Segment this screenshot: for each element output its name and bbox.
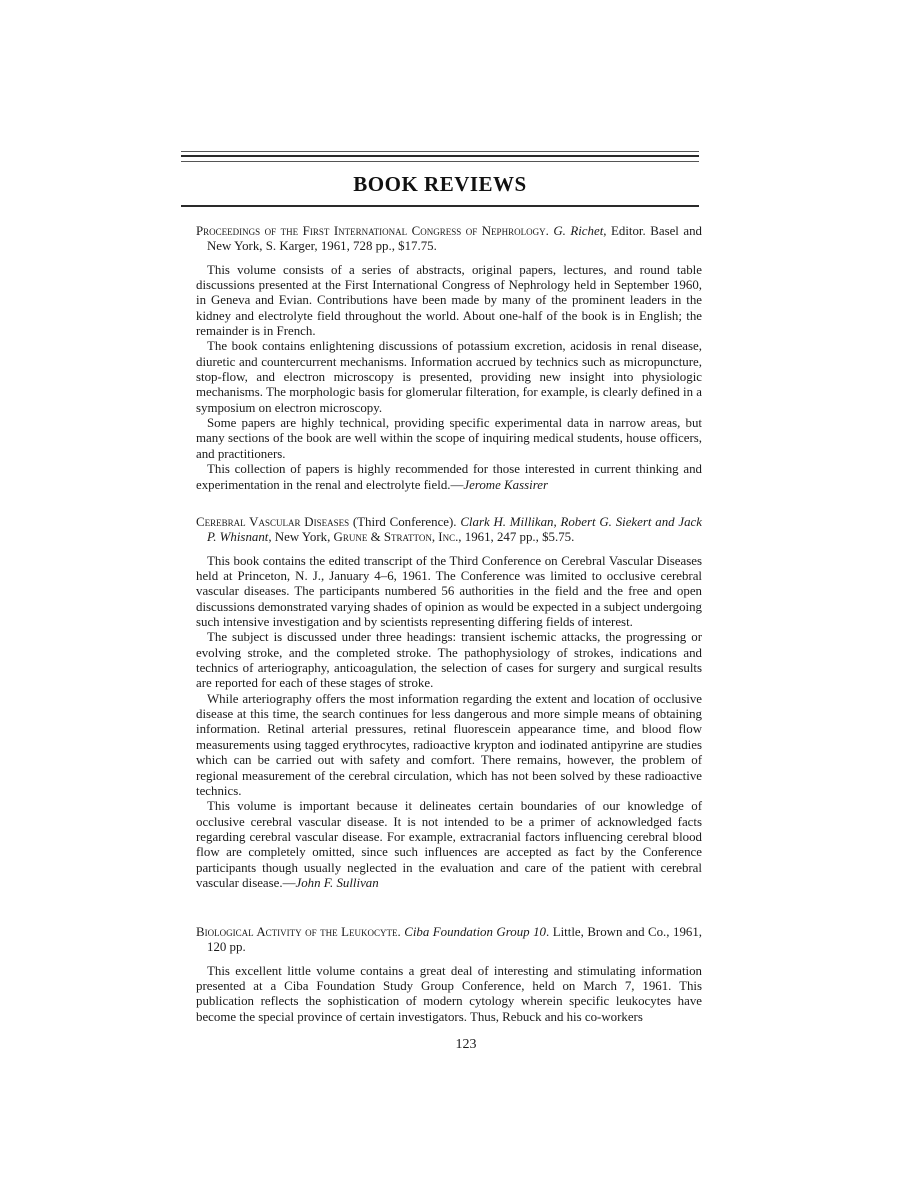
- reviewer-name: John F. Sullivan: [296, 876, 379, 890]
- review-body: This book contains the edited transcript…: [196, 554, 702, 892]
- title-underline-rule: [181, 205, 699, 207]
- book-subtitle: (Third Conference).: [349, 515, 460, 529]
- publisher-prefix: , New York,: [268, 530, 333, 544]
- header-rule-top: [181, 151, 699, 152]
- editor-role: , Editor.: [603, 224, 645, 238]
- review-closing-paragraph: This volume is important because it deli…: [196, 799, 702, 891]
- header-rule-bottom: [181, 161, 699, 162]
- review-closing-paragraph: This collection of papers is highly reco…: [196, 462, 702, 493]
- book-series: Ciba Foundation Group 10: [404, 925, 546, 939]
- reviewer-name: Jerome Kassirer: [463, 478, 548, 492]
- book-title: Proceedings of the First International C…: [196, 224, 546, 238]
- review-citation: Proceedings of the First International C…: [196, 224, 702, 255]
- closing-text: This collection of papers is highly reco…: [196, 462, 702, 491]
- review-paragraph: This volume consists of a series of abst…: [196, 263, 702, 340]
- review-citation: Biological Activity of the Leukocyte. Ci…: [196, 925, 702, 956]
- section-title: BOOK REVIEWS: [181, 172, 699, 197]
- header-rule-middle: [181, 155, 699, 157]
- review-paragraph: This book contains the edited transcript…: [196, 554, 702, 631]
- book-editor: G. Richet: [553, 224, 603, 238]
- review-paragraph: Some papers are highly technical, provid…: [196, 416, 702, 462]
- page-number: 123: [0, 1037, 918, 1053]
- review-body: This volume consists of a series of abst…: [196, 263, 702, 493]
- review-body: This excellent little volume contains a …: [196, 964, 702, 1025]
- review-paragraph: This excellent little volume contains a …: [196, 964, 702, 1025]
- book-review: Cerebral Vascular Diseases (Third Confer…: [196, 515, 702, 891]
- review-paragraph: While arteriography offers the most info…: [196, 692, 702, 799]
- book-review: Biological Activity of the Leukocyte. Ci…: [196, 925, 702, 1025]
- review-citation: Cerebral Vascular Diseases (Third Confer…: [196, 515, 702, 546]
- page-number-text: 123: [456, 1037, 477, 1053]
- book-review: Proceedings of the First International C…: [196, 224, 702, 493]
- review-paragraph: The subject is discussed under three hea…: [196, 630, 702, 691]
- book-title: Biological Activity of the Leukocyte: [196, 925, 398, 939]
- publication-info: , 1961, 247 pp., $5.75.: [458, 530, 574, 544]
- book-title: Cerebral Vascular Diseases: [196, 515, 349, 529]
- publisher-name: Grune & Stratton, Inc.: [334, 530, 459, 544]
- review-paragraph: The book contains enlightening discussio…: [196, 339, 702, 416]
- closing-text: This volume is important because it deli…: [196, 799, 702, 890]
